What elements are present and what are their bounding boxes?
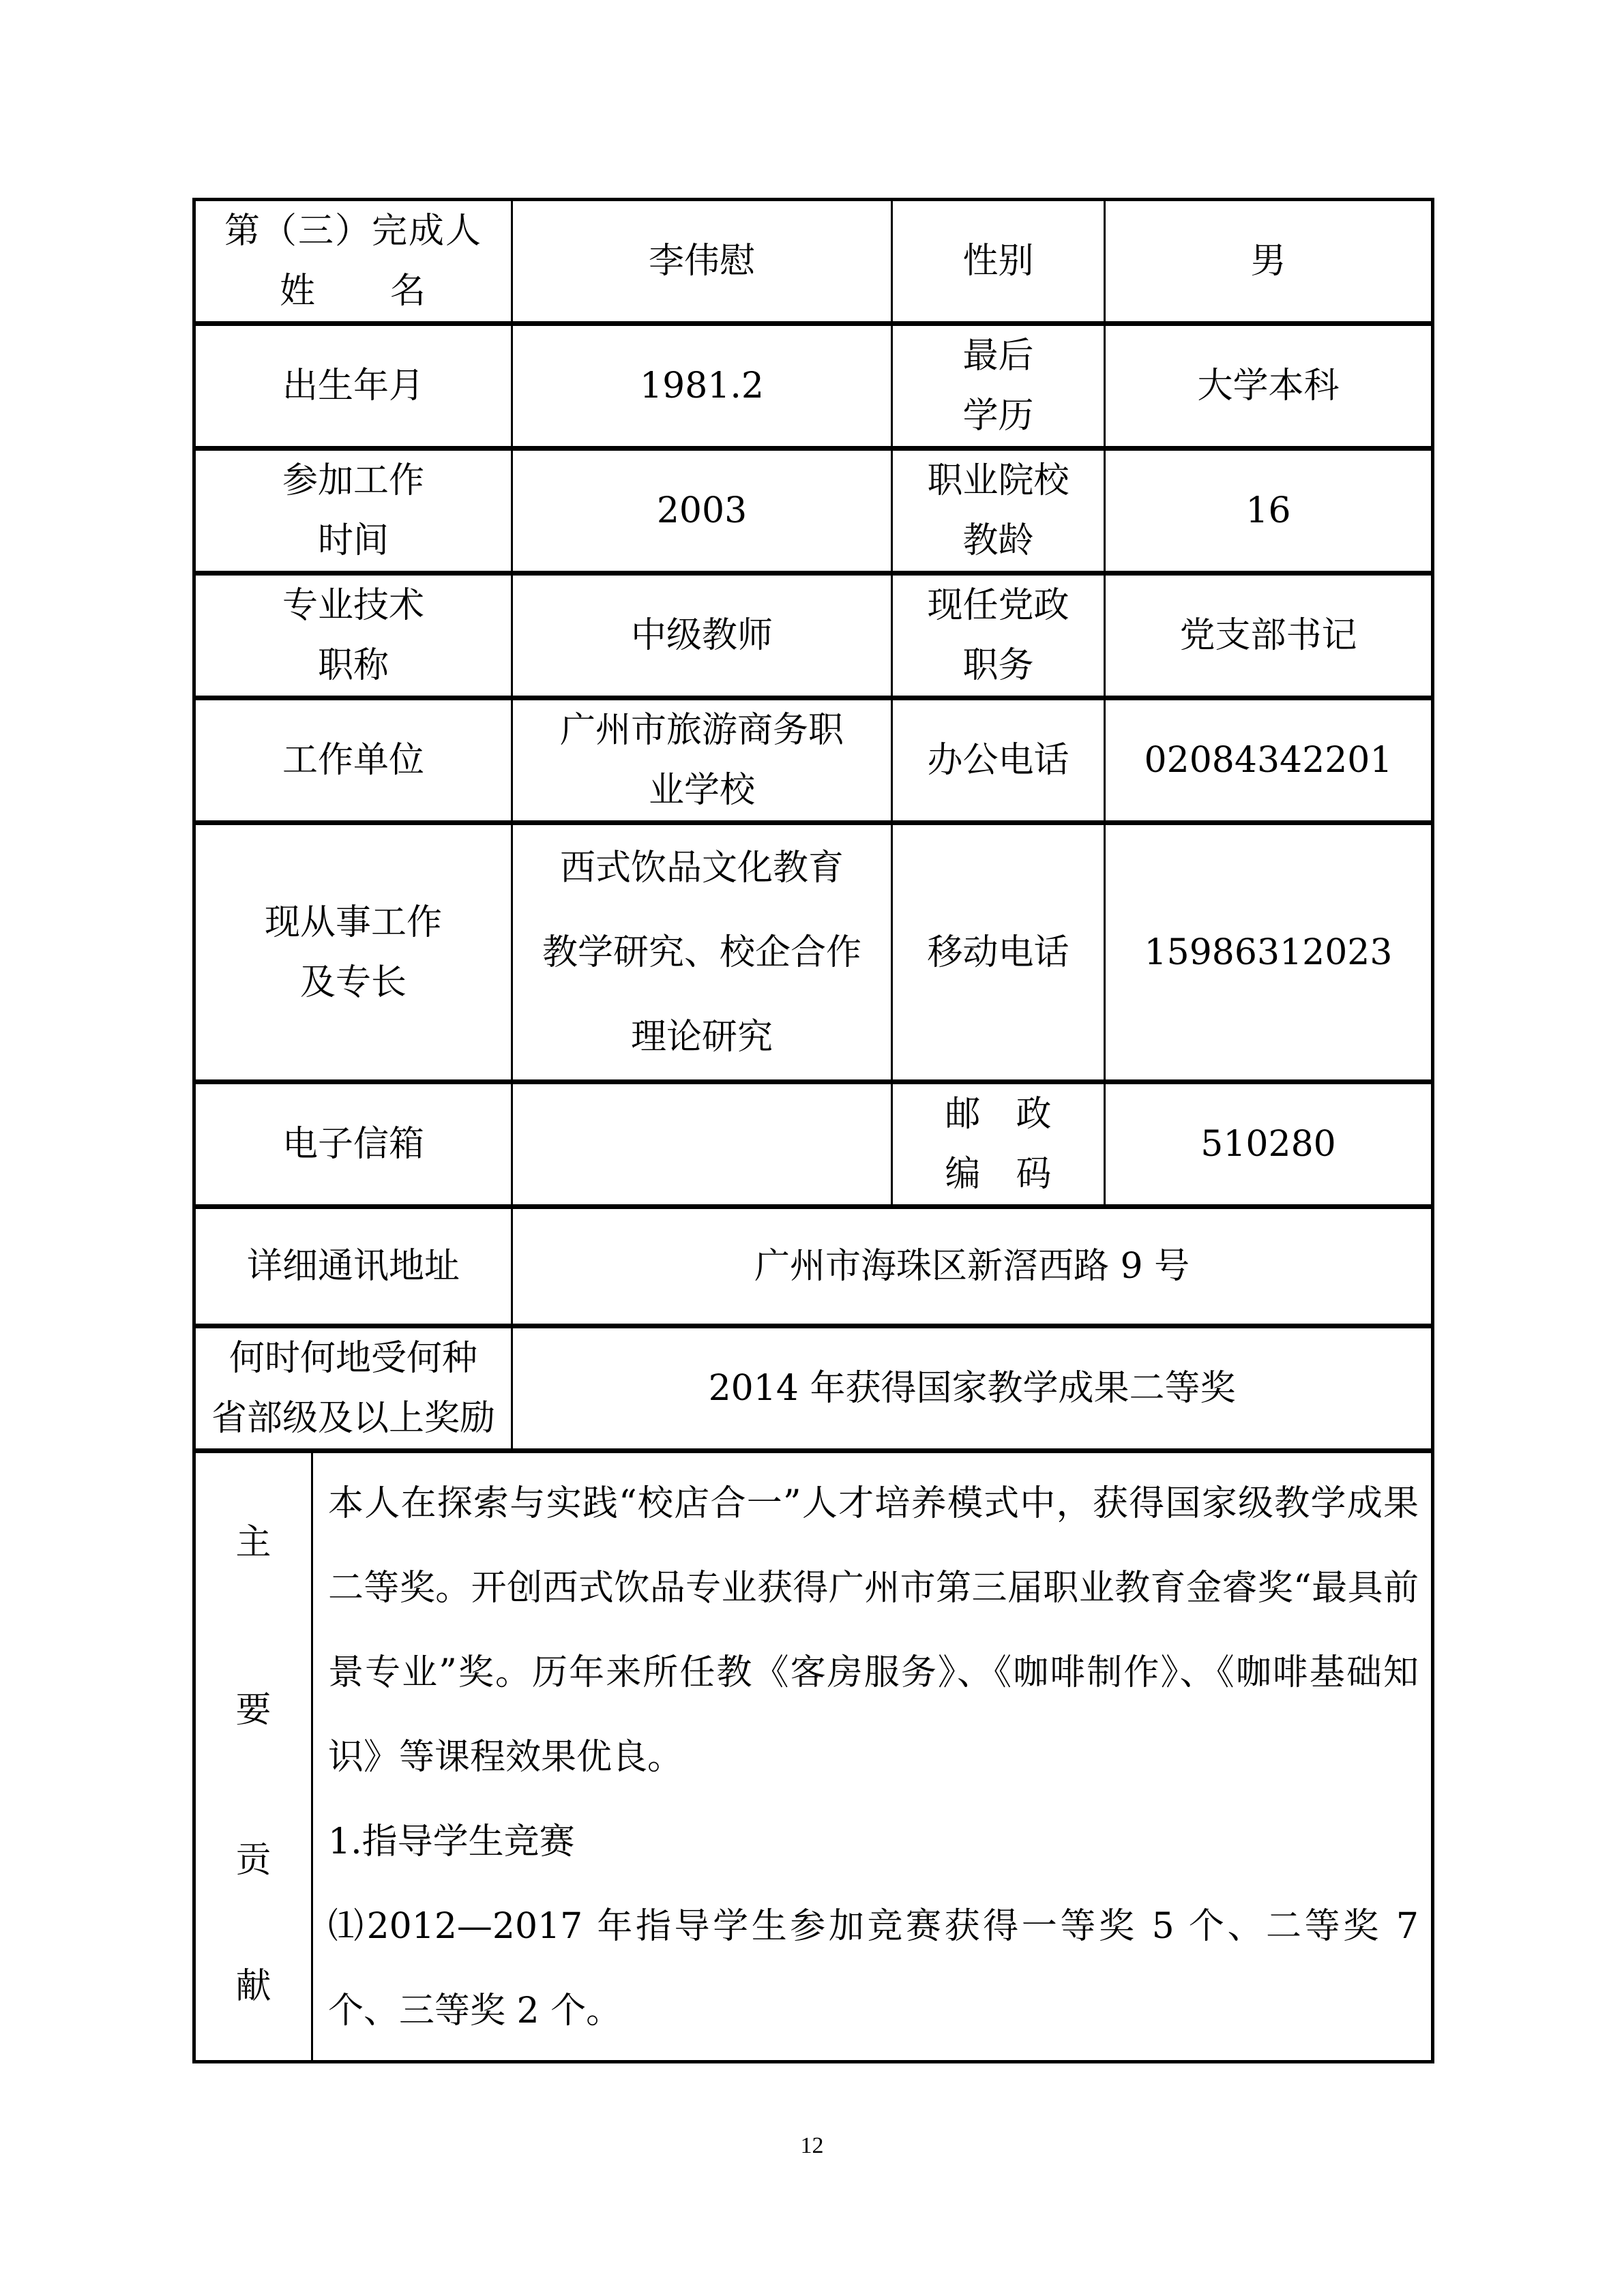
teaching-years-value: 16 [1105, 449, 1433, 573]
row-employer: 工作单位 广州市旅游商务职 业学校 办公电话 02084342201 [194, 698, 1433, 823]
party-position-label: 现任党政 职务 [892, 573, 1105, 698]
teaching-years-label: 职业院校 教龄 [892, 449, 1105, 573]
name-label: 第（三）完成人 姓 名 [194, 200, 512, 324]
gender-label: 性别 [892, 200, 1105, 324]
row-email: 电子信箱 邮 政 编 码 510280 [194, 1082, 1433, 1207]
party-position-value: 党支部书记 [1105, 573, 1433, 698]
row-awards: 何时何地受何种 省部级及以上奖励 2014 年获得国家教学成果二等奖 [194, 1326, 1433, 1451]
contribution-paragraph: 本人在探索与实践“校店合一”人才培养模式中，获得国家级教学成果二等奖。开创西式饮… [328, 1461, 1419, 1800]
employer-value: 广州市旅游商务职 业学校 [512, 698, 892, 823]
education-value: 大学本科 [1105, 324, 1433, 449]
mobile-phone-label: 移动电话 [892, 823, 1105, 1082]
specialty-label: 现从事工作 及专长 [194, 823, 512, 1082]
mobile-phone-value: 15986312023 [1105, 823, 1433, 1082]
email-label: 电子信箱 [194, 1082, 512, 1207]
employer-label: 工作单位 [194, 698, 512, 823]
work-start-value: 2003 [512, 449, 892, 573]
page-number: 12 [0, 2133, 1624, 2159]
row-specialty: 现从事工作 及专长 西式饮品文化教育 教学研究、校企合作 理论研究 移动电话 1… [194, 823, 1433, 1082]
contribution-paragraph: 1.指导学生竞赛 [328, 1800, 1419, 1884]
address-label: 详细通讯地址 [194, 1207, 512, 1326]
postcode-label: 邮 政 编 码 [892, 1082, 1105, 1207]
office-phone-value: 02084342201 [1105, 698, 1433, 823]
work-start-label: 参加工作 时间 [194, 449, 512, 573]
document-page: 第（三）完成人 姓 名 李伟慰 性别 男 出生年月 1981.2 最后 学历 大… [0, 0, 1624, 2296]
postcode-value: 510280 [1105, 1082, 1433, 1207]
row-address: 详细通讯地址 广州市海珠区新滘西路 9 号 [194, 1207, 1433, 1326]
row-contribution: 主 要 贡 献 本人在探索与实践“校店合一”人才培养模式中，获得国家级教学成果二… [194, 1451, 1433, 2062]
office-phone-label: 办公电话 [892, 698, 1105, 823]
contribution-text: 本人在探索与实践“校店合一”人才培养模式中，获得国家级教学成果二等奖。开创西式饮… [312, 1451, 1433, 2062]
row-birth: 出生年月 1981.2 最后 学历 大学本科 [194, 324, 1433, 449]
awards-label: 何时何地受何种 省部级及以上奖励 [194, 1326, 512, 1451]
gender-value: 男 [1105, 200, 1433, 324]
professional-title-label: 专业技术 职称 [194, 573, 512, 698]
birth-value: 1981.2 [512, 324, 892, 449]
name-value: 李伟慰 [512, 200, 892, 324]
email-value [512, 1082, 892, 1207]
contribution-heading: 主 要 贡 献 [194, 1451, 312, 2062]
completer-info-table: 第（三）完成人 姓 名 李伟慰 性别 男 出生年月 1981.2 最后 学历 大… [192, 198, 1434, 2063]
education-label: 最后 学历 [892, 324, 1105, 449]
birth-label: 出生年月 [194, 324, 512, 449]
awards-value: 2014 年获得国家教学成果二等奖 [512, 1326, 1433, 1451]
row-name: 第（三）完成人 姓 名 李伟慰 性别 男 [194, 200, 1433, 324]
professional-title-value: 中级教师 [512, 573, 892, 698]
specialty-value: 西式饮品文化教育 教学研究、校企合作 理论研究 [512, 823, 892, 1082]
address-value: 广州市海珠区新滘西路 9 号 [512, 1207, 1433, 1326]
row-work-start: 参加工作 时间 2003 职业院校 教龄 16 [194, 449, 1433, 573]
row-title: 专业技术 职称 中级教师 现任党政 职务 党支部书记 [194, 573, 1433, 698]
contribution-paragraph: ⑴2012—2017 年指导学生参加竞赛获得一等奖 5 个、二等奖 7 个、三等… [328, 1884, 1419, 2053]
